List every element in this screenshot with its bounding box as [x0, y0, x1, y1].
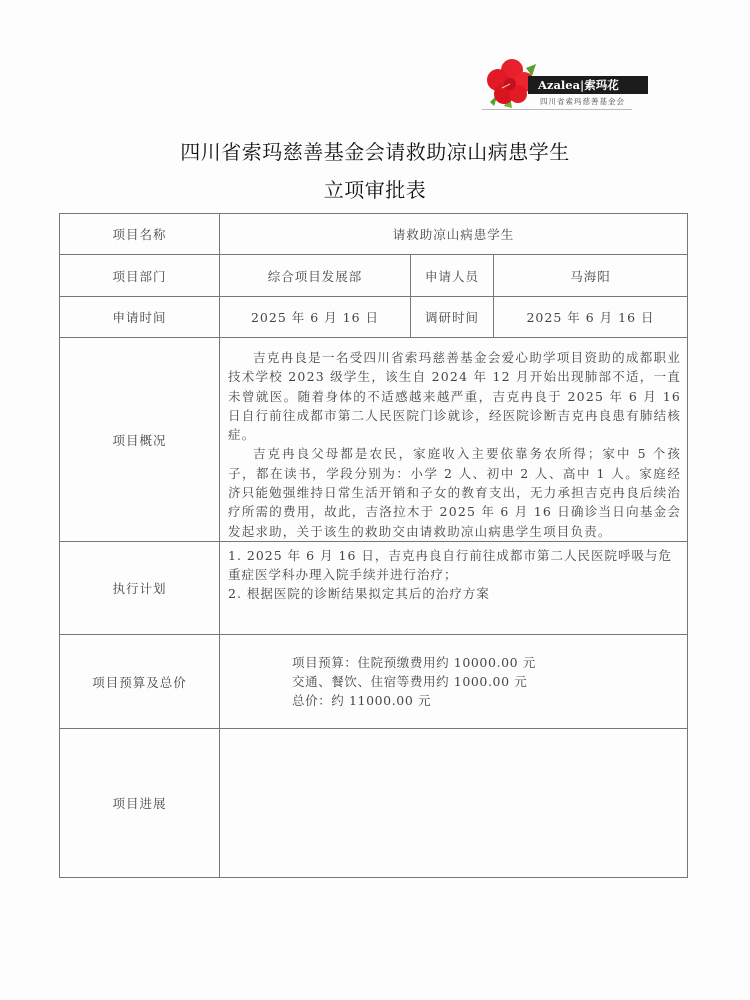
- row-progress: 项目进展: [60, 729, 688, 878]
- logo-subtitle: 四川省索玛慈善基金会: [540, 96, 650, 107]
- plan-label: 执行计划: [60, 542, 220, 635]
- budget-line: 项目预算：住院预缴费用约 10000.00 元: [292, 653, 687, 672]
- department-label: 项目部门: [60, 255, 220, 297]
- row-budget: 项目预算及总价 项目预算：住院预缴费用约 10000.00 元 交通、餐饮、住宿…: [60, 635, 688, 729]
- approval-form-table: 项目名称 请救助凉山病患学生 项目部门 综合项目发展部 申请人员 马海阳 申请时…: [59, 213, 688, 878]
- project-name-value: 请救助凉山病患学生: [220, 214, 688, 255]
- overview-label: 项目概况: [60, 338, 220, 542]
- progress-label: 项目进展: [60, 729, 220, 878]
- plan-list: 1. 2025 年 6 月 16 日，吉克冉良自行前往成都市第二人民医院呼吸与危…: [220, 542, 687, 603]
- overview-text: 吉克冉良是一名受四川省索玛慈善基金会爱心助学项目资助的成都职业技术学校 2023…: [220, 338, 687, 541]
- survey-date-value: 2025 年 6 月 16 日: [494, 297, 688, 338]
- apply-date-value: 2025 年 6 月 16 日: [220, 297, 411, 338]
- plan-item: 1. 2025 年 6 月 16 日，吉克冉良自行前往成都市第二人民医院呼吸与危…: [228, 546, 681, 584]
- apply-date-label: 申请时间: [60, 297, 220, 338]
- row-overview: 项目概况 吉克冉良是一名受四川省索玛慈善基金会爱心助学项目资助的成都职业技术学校…: [60, 338, 688, 542]
- budget-line: 交通、餐饮、住宿等费用约 1000.00 元: [292, 672, 687, 691]
- applicant-label: 申请人员: [411, 255, 494, 297]
- row-plan: 执行计划 1. 2025 年 6 月 16 日，吉克冉良自行前往成都市第二人民医…: [60, 542, 688, 635]
- logo-divider: [482, 109, 632, 110]
- survey-date-label: 调研时间: [411, 297, 494, 338]
- department-value: 综合项目发展部: [220, 255, 411, 297]
- project-name-label: 项目名称: [60, 214, 220, 255]
- progress-value: [220, 729, 688, 878]
- budget-label: 项目预算及总价: [60, 635, 220, 729]
- applicant-value: 马海阳: [494, 255, 688, 297]
- logo-brand-text: Azalea|索玛花: [528, 76, 648, 94]
- foundation-logo: Azalea|索玛花 四川省索玛慈善基金会: [482, 58, 647, 110]
- plan-cell: 1. 2025 年 6 月 16 日，吉克冉良自行前往成都市第二人民医院呼吸与危…: [220, 542, 688, 635]
- plan-item: 2. 根据医院的诊断结果拟定其后的治疗方案: [228, 584, 681, 603]
- document-subtitle: 立项审批表: [0, 174, 750, 203]
- row-project-name: 项目名称 请救助凉山病患学生: [60, 214, 688, 255]
- budget-lines: 项目预算：住院预缴费用约 10000.00 元 交通、餐饮、住宿等费用约 100…: [220, 653, 687, 710]
- row-dates: 申请时间 2025 年 6 月 16 日 调研时间 2025 年 6 月 16 …: [60, 297, 688, 338]
- budget-cell: 项目预算：住院预缴费用约 10000.00 元 交通、餐饮、住宿等费用约 100…: [220, 635, 688, 729]
- overview-paragraph: 吉克冉良父母都是农民，家庭收入主要依靠务农所得；家中 5 个孩子，都在读书，学段…: [228, 444, 681, 540]
- budget-total: 总价：约 11000.00 元: [292, 691, 687, 710]
- overview-cell: 吉克冉良是一名受四川省索玛慈善基金会爱心助学项目资助的成都职业技术学校 2023…: [220, 338, 688, 542]
- row-department: 项目部门 综合项目发展部 申请人员 马海阳: [60, 255, 688, 297]
- document-title: 四川省索玛慈善基金会请救助凉山病患学生: [0, 136, 750, 165]
- overview-paragraph: 吉克冉良是一名受四川省索玛慈善基金会爱心助学项目资助的成都职业技术学校 2023…: [228, 348, 681, 444]
